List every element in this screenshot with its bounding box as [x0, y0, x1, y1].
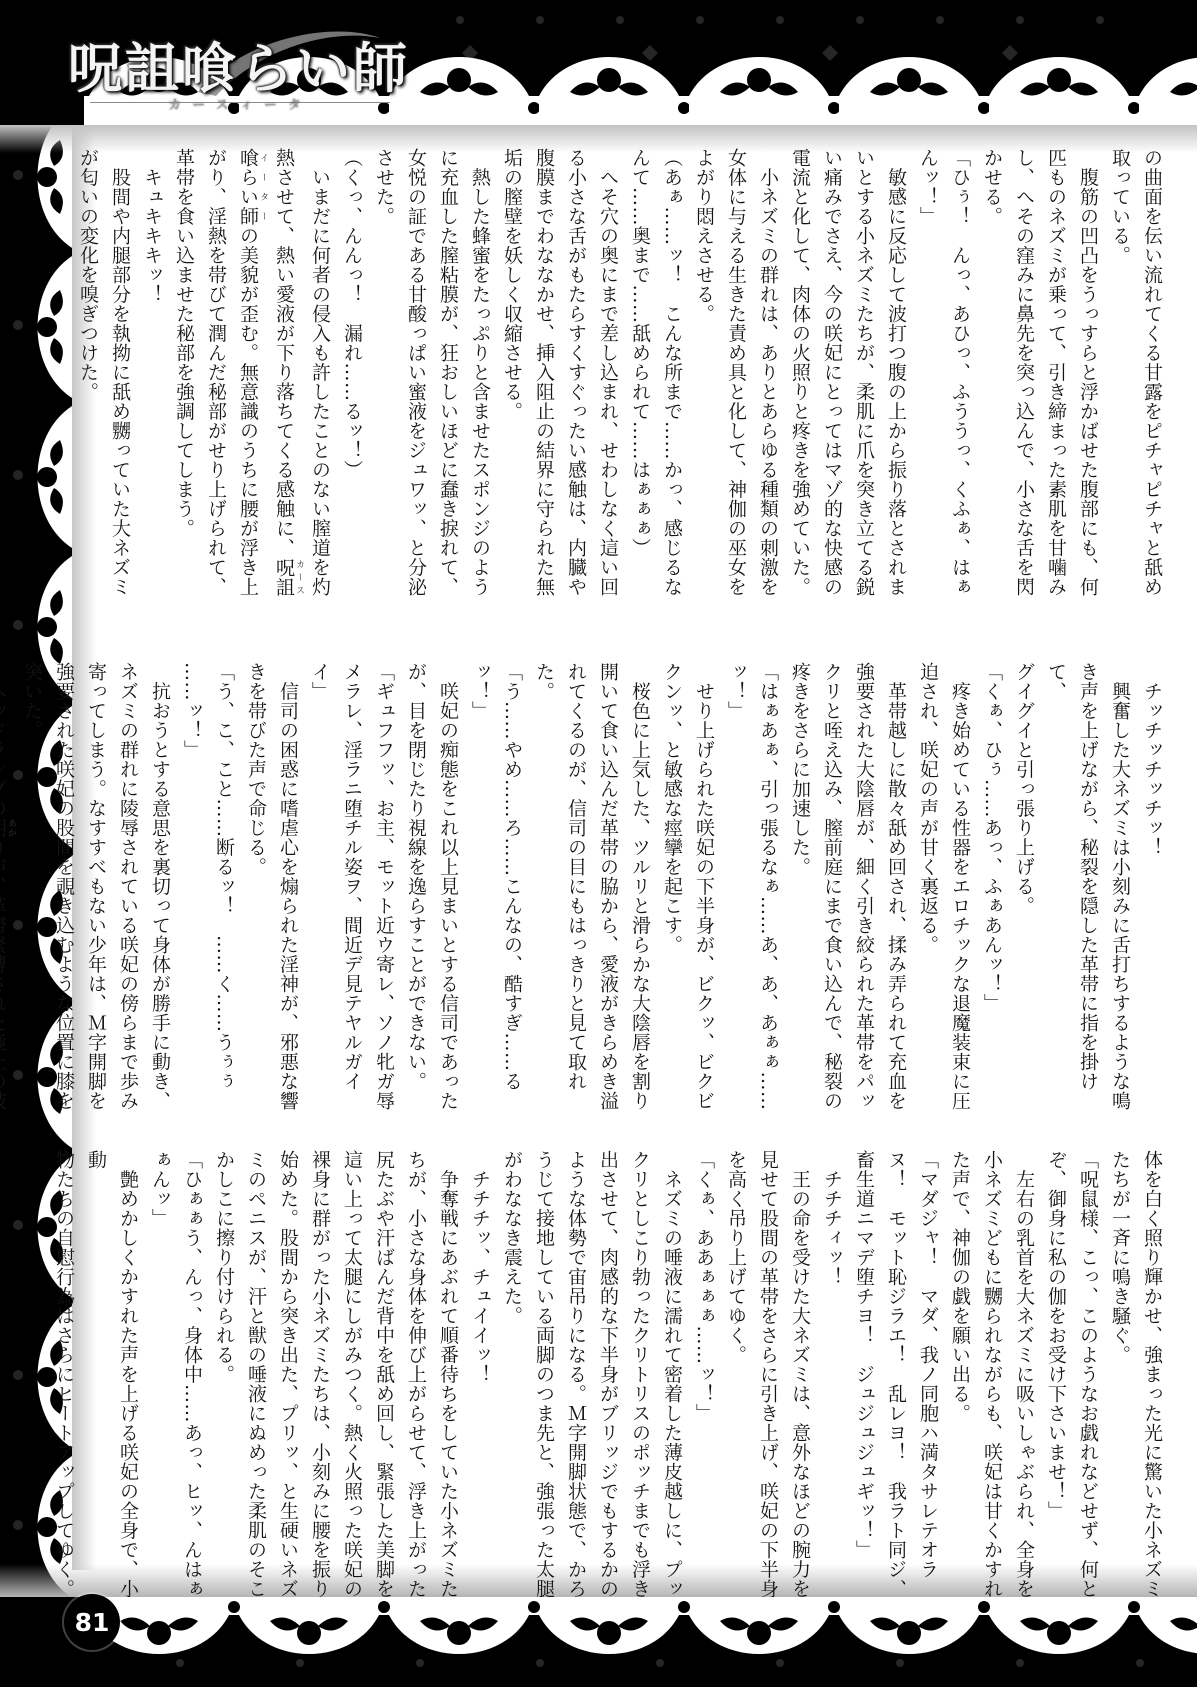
text-column: 咲妃の痴態をこれ以上見まいとする信司であった — [432, 662, 464, 1120]
text-column: 腹膜までわななかせ、挿入阻止の結界に守られた無 — [528, 148, 560, 606]
page-number-badge: 81 — [64, 1594, 120, 1650]
text-column: ……ッ！」 — [176, 662, 208, 1120]
text-column: 「くぁ、ああぁぁぁ……ッ！」 — [688, 1150, 720, 1608]
text-column: ぞ、御身に私の伽をお受け下さいませ！」 — [1040, 1150, 1072, 1608]
text-column: 這い上って太腿にしがみつく。熱く火照った咲妃の — [336, 1150, 368, 1608]
text-column: 女体に与える生きた責め具と化して、神伽の巫女を — [720, 148, 752, 606]
text-column: 疼き始めている性器をエロチックな退魔装束に圧 — [944, 662, 976, 1120]
logo-reading: カースィータ — [162, 94, 318, 113]
text-column: ネズミの唾液に濡れて密着した薄皮越しに、プッ — [656, 1150, 688, 1608]
text-column: チチチッ、チュイイッ！ — [464, 1150, 496, 1608]
text-column: 左右の乳首を大ネズミに吸いしゃぶられ、全身を — [1008, 1150, 1040, 1608]
text-column: 興奮した大ネズミは小刻みに舌打ちするような鳴 — [1104, 662, 1136, 1120]
text-column: い痛みでさえ、今の咲妃にとってはマゾ的な快感の — [816, 148, 848, 606]
text-column: ヘッドランプの明あかりが、革帯緊縛された極上の肢 — [0, 662, 16, 1120]
text-column: 革帯を食い込ませた秘部を強調してしまう。 — [168, 148, 200, 606]
text-column: んッ！」 — [912, 148, 944, 606]
text-column: 股間や内腿部分を執拗に舐め嬲っていた大ネズミ — [104, 148, 136, 606]
text-column: 喰らい師イーターの美貌が歪む。無意識のうちに腰が浮き上 — [232, 148, 268, 606]
text-column: 「ひぅ！ んっ、あひっ、ふううっ、くふぁ、はぁ — [944, 148, 976, 606]
text-column: クリとしこり勃ったクリトリスのポッチまでも浮き — [624, 1150, 656, 1608]
text-column: れてくるのが、信司の目にもはっきりと見て取れた。 — [528, 662, 592, 1120]
text-column: メラレ、淫ラニ堕チル姿ヲ、間近デ見テヤルガイイ」 — [304, 662, 368, 1120]
text-column: へそ穴の奥にまで差し込まれ、せわしなく這い回 — [592, 148, 624, 606]
text-column: 「マダジャ！ マダ、我ノ同胞ハ満タサレテオラ — [912, 1150, 944, 1608]
text-column: かしこに擦り付けられる。 — [208, 1150, 240, 1608]
logo-title: 呪詛喰らい師 — [68, 26, 410, 103]
text-column: 敏感に反応して波打つ腹の上から振り落とされま — [880, 148, 912, 606]
text-block-bottom: 体を白く照り輝かせ、強まった光に驚いた小ネズミたちが一斉に鳴き騒ぐ。「呪鼠様、こ… — [80, 1150, 1168, 1608]
text-block-top: の曲面を伝い流れてくる甘露をピチャピチャと舐め取っている。 腹筋の凹凸をうっすら… — [80, 148, 1168, 606]
text-column: 出させて、肉感的な下半身がブリッジでもするかの — [592, 1150, 624, 1608]
text-column: 畜生道ニマデ堕チヨ！ ジュジュジュギッ！」 — [848, 1150, 880, 1608]
text-column: 物たちの自慰行為はさらにヒートアップしてゆく。 — [48, 1150, 80, 1608]
text-column: 見せて股間の革帯をさらに引き上げ、咲妃の下半身 — [752, 1150, 784, 1608]
text-block-middle: チッチッチッチッ！ 興奮した大ネズミは小刻みに舌打ちするような鳴き声を上げながら… — [80, 662, 1168, 1120]
text-column: ぁんッ」 — [144, 1150, 176, 1608]
text-column: 熱した蜂蜜をたっぷりと含ませたスポンジのよう — [464, 148, 496, 606]
book-page: 呪詛喰らい師 カースィータ の曲面を伝い流れてくる甘露をピチャピチャと舐め取って… — [0, 0, 1197, 1687]
text-column: いまだに何者の侵入も許したことのない膣道を灼 — [304, 148, 336, 606]
text-column: ヌ！ モット恥ジラエ！ 乱レヨ！ 我ラト同ジ、 — [880, 1150, 912, 1608]
text-column: 「はぁあぁ、引っ張るなぁ……あ、あ、あぁぁ…… — [752, 662, 784, 1120]
text-column: 「ひぁぁう、んっ、身体中……あっ、ヒッ、んはぁ — [176, 1150, 208, 1608]
text-column: きを帯びた声で命じる。 — [240, 662, 272, 1120]
text-column: 抗おうとする意思を裏切って身体が勝手に動き、 — [144, 662, 176, 1120]
text-column: キュキキキッ！ — [136, 148, 168, 606]
text-column: かせる。 — [976, 148, 1008, 606]
logo-reading-rule: カースィータ — [90, 102, 390, 122]
text-column: 突いた。 — [16, 662, 48, 1120]
text-column: が匂いの変化を嗅ぎつけた。 — [72, 148, 104, 606]
text-column: 強要された大陰唇が、細く引き絞られた革帯をパッ — [848, 662, 880, 1120]
text-column: （くっ、んんっ！ 漏れ……るッ！） — [336, 148, 368, 606]
text-column: 電流と化して、肉体の火照りと疼きを強めていた。 — [784, 148, 816, 606]
text-column: （あぁ……ッ！ こんな所まで……かっ、感じるな — [656, 148, 688, 606]
text-column: いとする小ネズミたちが、柔肌に爪を突き立てる鋭 — [848, 148, 880, 606]
text-column: 始めた。股間から突き出た、プリッ、と生硬いネズ — [272, 1150, 304, 1608]
text-column: 女悦の証である甘酸っぱい蜜液をジュワッ、と分泌 — [400, 148, 432, 606]
text-column: たちが一斉に鳴き騒ぐ。 — [1104, 1150, 1136, 1608]
text-column: 小ネズミの群れは、ありとあらゆる種類の刺激を — [752, 148, 784, 606]
text-column: 迫され、咲妃の声が甘く裏返る。 — [912, 662, 944, 1120]
text-column: 尻たぶや汗ばんだ背中を舐め回し、緊張した美脚を — [368, 1150, 400, 1608]
text-column: ミのペニスが、汗と獣の唾液にぬめった柔肌のそこ — [240, 1150, 272, 1608]
text-column: ちが、小さな身体を伸び上がらせて、浮き上がった — [400, 1150, 432, 1608]
text-column: 桜色に上気した、ツルリと滑らかな大陰唇を割り — [624, 662, 656, 1120]
text-column: うじて接地している両脚のつま先と、強張った太腿 — [528, 1150, 560, 1608]
text-column: の曲面を伝い流れてくる甘露をピチャピチャと舐め — [1136, 148, 1168, 606]
series-logo: 呪詛喰らい師 カースィータ — [60, 18, 420, 110]
text-column: チッチッチッチッ！ — [1136, 662, 1168, 1120]
text-column: を高く吊り上げてゆく。 — [720, 1150, 752, 1608]
text-column: 寄ってしまう。なすすべもない少年は、Ｍ字開脚を — [80, 662, 112, 1120]
text-column: 王の命を受けた大ネズミは、意外なほどの腕力を — [784, 1150, 816, 1608]
text-column: グイグイと引っ張り上げる。 — [1008, 662, 1040, 1120]
text-column: ッ！」 — [464, 662, 496, 1120]
text-column: んて……奥まで……舐められて……はぁぁぁ） — [624, 148, 656, 606]
text-column: 疼きをさらに加速した。 — [784, 662, 816, 1120]
text-column: 裸身に群がった小ネズミたちは、小刻みに腰を振り — [304, 1150, 336, 1608]
text-column: よがり悶えさせる。 — [688, 148, 720, 606]
bottom-ornament-border — [0, 1597, 1197, 1687]
text-column: 「う、こ、こと……断るッ！ ……く……うぅぅ — [208, 662, 240, 1120]
text-column: 開いて食い込んだ革帯の脇から、愛液がきらめき溢 — [592, 662, 624, 1120]
page-number: 81 — [75, 1608, 110, 1637]
text-column: がわななき震えた。 — [496, 1150, 528, 1608]
text-column: 体を白く照り輝かせ、強まった光に驚いた小ネズミ — [1136, 1150, 1168, 1608]
text-column: き声を上げながら、秘裂を隠した革帯に指を掛けて、 — [1040, 662, 1104, 1120]
text-column: 艶めかしくかすれた声を上げる咲妃の全身で、小動 — [80, 1150, 144, 1608]
text-column: ような体勢で宙吊りになる。Ｍ字開脚状態で、かろ — [560, 1150, 592, 1608]
text-column: チチチィッ！ — [816, 1150, 848, 1608]
text-column: ッ！」 — [720, 662, 752, 1120]
text-column: 小ネズミどもに嬲られながらも、咲妃は甘くかすれ — [976, 1150, 1008, 1608]
text-column: クリと咥え込み、膣前庭にまで食い込んで、秘裂の — [816, 662, 848, 1120]
text-column: に充血した膣粘膜が、狂おしいほどに蠢き捩れて、 — [432, 148, 464, 606]
text-column: させた。 — [368, 148, 400, 606]
text-column: 「呪鼠様、こっ、このようなお戯れなどせず、何と — [1072, 1150, 1104, 1608]
text-column: ネズミの群れに陵辱されている咲妃の傍らまで歩み — [112, 662, 144, 1120]
text-column: 「う……やめ……ろ……こんなの、酷すぎ……る — [496, 662, 528, 1120]
text-column: 匹ものネズミが乗って、引き締まった素肌を甘噛み — [1040, 148, 1072, 606]
text-column: 腹筋の凹凸をうっすらと浮かばせた腹部にも、何 — [1072, 148, 1104, 606]
text-column: 強要された咲妃の股間を覗き込むような位置に膝を — [48, 662, 80, 1120]
text-column: 取っている。 — [1104, 148, 1136, 606]
text-column: クンッ、と敏感な痙攣を起こす。 — [656, 662, 688, 1120]
text-column: がり、淫熱を帯びて潤んだ秘部がせり上げられて、 — [200, 148, 232, 606]
text-column: し、へその窪みに鼻先を突っ込んで、小さな舌を閃 — [1008, 148, 1040, 606]
text-column: 「ギュフフッ、お主、モット近ウ寄レ、ソノ牝ガ辱 — [368, 662, 400, 1120]
text-column: 革帯越しに散々舐め回され、揉み弄られて充血を — [880, 662, 912, 1120]
text-column: た声で、神伽の戯を願い出る。 — [944, 1150, 976, 1608]
text-column: 垢の膣壁を妖しく収縮させる。 — [496, 148, 528, 606]
text-column: 「くぁ、ひぅ……あっ、ふぁあんッ！」 — [976, 662, 1008, 1120]
text-column: 熱させて、熱い愛液が下り落ちてくる感触に、呪詛カース — [268, 148, 304, 606]
text-column: が、目を閉じたり視線を逸らすことができない。 — [400, 662, 432, 1120]
text-column: る小さな舌がもたらすくすぐったい感触は、内臓や — [560, 148, 592, 606]
text-column: 信司の困惑に嗜虐心を煽られた淫神が、邪悪な響 — [272, 662, 304, 1120]
text-column: せり上げられた咲妃の下半身が、ビクッ、ビクビ — [688, 662, 720, 1120]
text-column: 争奪戦にあぶれて順番待ちをしていた小ネズミた — [432, 1150, 464, 1608]
